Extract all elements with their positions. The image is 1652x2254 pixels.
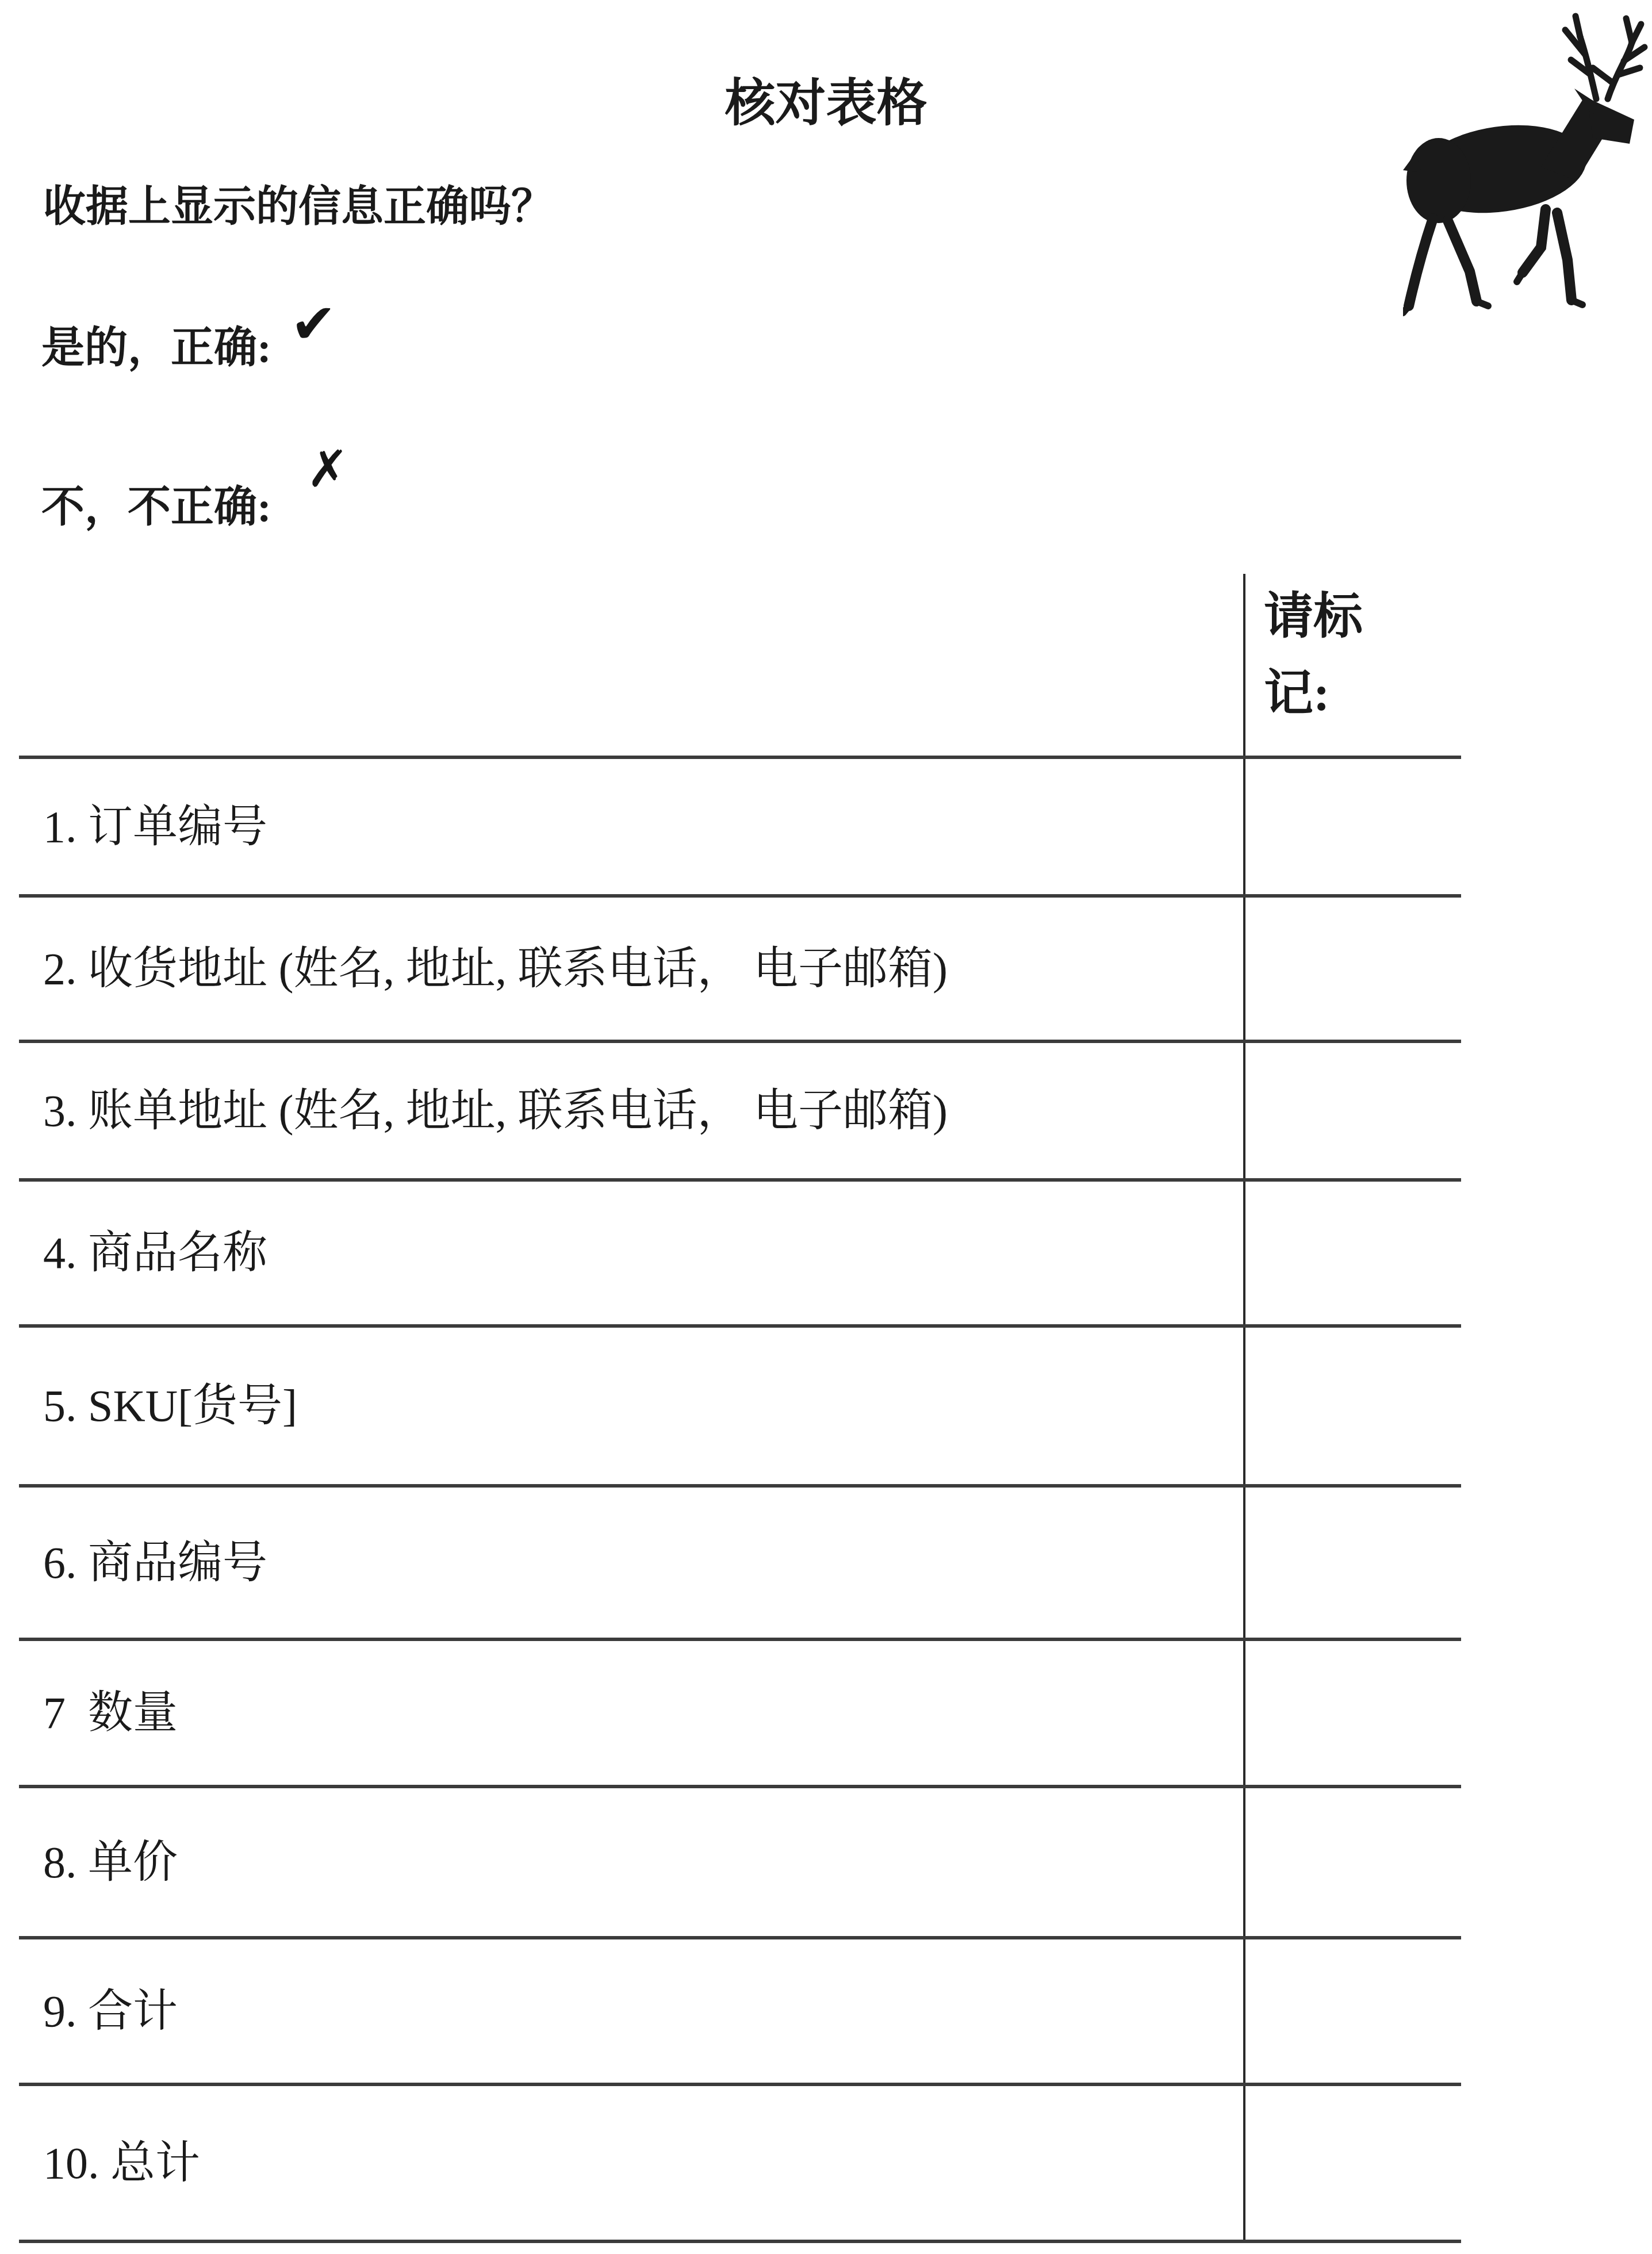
option-no-label: 不，不正确: xyxy=(41,486,271,529)
mark-cell-row-8[interactable] xyxy=(1245,1788,1459,1936)
mark-cell-row-6[interactable] xyxy=(1245,1488,1459,1638)
table-row-label-10: 10. 总计 xyxy=(20,2086,1239,2240)
question-text: 收据上显示的信息正确吗？ xyxy=(43,186,554,228)
table-row-label-6: 6. 商品编号 xyxy=(20,1488,1239,1638)
table-row-label-1: 1. 订单编号 xyxy=(20,759,1239,894)
table-row-label-9: 9. 合计 xyxy=(20,1939,1239,2083)
table-row-label-5: 5. SKU[货号] xyxy=(20,1328,1239,1484)
mark-cell-row-2[interactable] xyxy=(1245,898,1459,1040)
table-row-divider xyxy=(19,2240,1461,2243)
table-row-label-8: 8. 单价 xyxy=(20,1788,1239,1936)
cross-icon: ✗ xyxy=(306,444,349,494)
mark-cell-row-5[interactable] xyxy=(1245,1328,1459,1484)
mark-cell-row-3[interactable] xyxy=(1245,1043,1459,1178)
mark-cell-row-7[interactable] xyxy=(1245,1641,1459,1785)
table-row-label-2: 2. 收货地址 (姓名, 地址, 联系电话， 电子邮箱) xyxy=(20,898,1239,1040)
mark-column-header: 请标记: xyxy=(1264,578,1370,732)
mark-cell-row-4[interactable] xyxy=(1245,1182,1459,1324)
checklist-document: 核对表格 xyxy=(0,0,1652,2254)
table-row-label-7: 7 数量 xyxy=(20,1641,1239,1785)
mark-cell-row-10[interactable] xyxy=(1245,2086,1459,2240)
table-row-label-3: 3. 账单地址 (姓名, 地址, 联系电话， 电子邮箱) xyxy=(20,1043,1239,1178)
checkmark-icon: ✔ xyxy=(290,296,336,351)
mark-cell-row-1[interactable] xyxy=(1245,759,1459,894)
option-yes-label: 是的，正确: xyxy=(41,327,271,370)
table-row-label-4: 4. 商品名称 xyxy=(20,1182,1239,1324)
deer-icon xyxy=(1403,13,1652,323)
mark-cell-row-9[interactable] xyxy=(1245,1939,1459,2083)
